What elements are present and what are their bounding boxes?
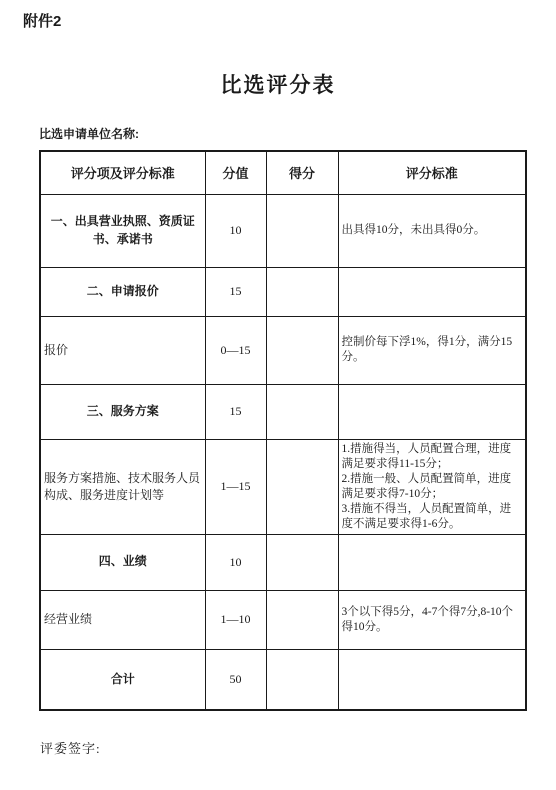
table-row: 一、出具营业执照、资质证书、承诺书 10 出具得10分，未出具得0分。 — [40, 194, 526, 267]
row-criteria-cell — [338, 534, 526, 590]
attachment-label: 附件2 — [23, 10, 61, 31]
row-criteria-cell: 1.措施得当，人员配置合理，进度满足要求得11-15分； 2.措施一般、人员配置… — [338, 439, 526, 534]
table-row: 二、申请报价 15 — [40, 267, 526, 316]
judge-signature-label: 评委签字: — [40, 738, 101, 757]
row-obtained-cell — [266, 649, 338, 710]
row-score-cell: 10 — [205, 194, 266, 267]
row-score-cell: 15 — [205, 267, 266, 316]
table-header-row: 评分项及评分标准 分值 得分 评分标准 — [40, 151, 526, 194]
row-score-cell: 0—15 — [205, 316, 266, 384]
row-obtained-cell — [266, 267, 338, 316]
row-criteria-cell — [338, 649, 526, 710]
row-item-cell: 二、申请报价 — [40, 267, 205, 316]
page-title: 比选评分表 — [0, 69, 556, 99]
row-item-cell: 三、服务方案 — [40, 384, 205, 439]
table-row: 三、服务方案 15 — [40, 384, 526, 439]
row-obtained-cell — [266, 439, 338, 534]
table-row: 四、业绩 10 — [40, 534, 526, 590]
header-criteria: 评分标准 — [338, 151, 526, 194]
table-row: 服务方案措施、技术服务人员构成、服务进度计划等 1—15 1.措施得当，人员配置… — [40, 439, 526, 534]
row-item-cell: 四、业绩 — [40, 534, 205, 590]
row-obtained-cell — [266, 590, 338, 649]
scoring-table: 评分项及评分标准 分值 得分 评分标准 一、出具营业执照、资质证书、承诺书 10… — [39, 150, 527, 711]
header-obtained: 得分 — [266, 151, 338, 194]
row-score-cell: 50 — [205, 649, 266, 710]
row-score-cell: 10 — [205, 534, 266, 590]
row-item-cell: 合计 — [40, 649, 205, 710]
table-row: 合计 50 — [40, 649, 526, 710]
row-item-cell: 经营业绩 — [40, 590, 205, 649]
row-obtained-cell — [266, 384, 338, 439]
table-row: 报价 0—15 控制价每下浮1%，得1分，满分15分。 — [40, 316, 526, 384]
row-obtained-cell — [266, 194, 338, 267]
row-item-cell: 一、出具营业执照、资质证书、承诺书 — [40, 194, 205, 267]
header-item: 评分项及评分标准 — [40, 151, 205, 194]
table-row: 经营业绩 1—10 3个以下得5分，4-7个得7分,8-10个得10分。 — [40, 590, 526, 649]
row-criteria-cell: 出具得10分，未出具得0分。 — [338, 194, 526, 267]
row-criteria-cell: 控制价每下浮1%，得1分，满分15分。 — [338, 316, 526, 384]
row-obtained-cell — [266, 316, 338, 384]
row-score-cell: 15 — [205, 384, 266, 439]
row-item-cell: 报价 — [40, 316, 205, 384]
row-score-cell: 1—15 — [205, 439, 266, 534]
document-page: 附件2 比选评分表 比选申请单位名称: 评分项及评分标准 分值 得分 评分标准 … — [0, 0, 556, 790]
row-item-cell: 服务方案措施、技术服务人员构成、服务进度计划等 — [40, 439, 205, 534]
row-criteria-cell: 3个以下得5分，4-7个得7分,8-10个得10分。 — [338, 590, 526, 649]
row-score-cell: 1—10 — [205, 590, 266, 649]
row-criteria-cell — [338, 267, 526, 316]
row-criteria-cell — [338, 384, 526, 439]
applicant-name-label: 比选申请单位名称: — [39, 125, 139, 142]
row-obtained-cell — [266, 534, 338, 590]
header-score: 分值 — [205, 151, 266, 194]
